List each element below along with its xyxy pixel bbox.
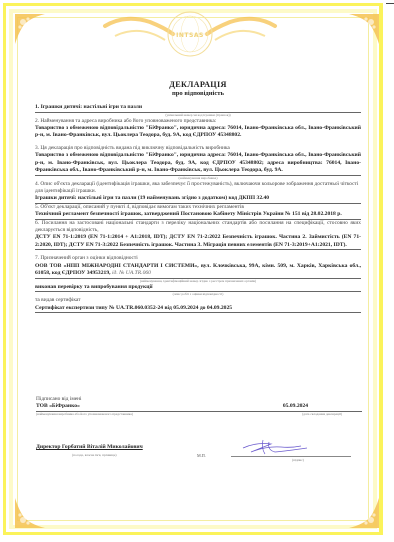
page-title: ДЕКЛАРАЦІЯ [35, 80, 361, 89]
certificate-label: та видав сертифікат [35, 297, 361, 304]
standards-label: 6. Посилання на застосовані національні … [35, 220, 361, 234]
manufacturer-label: 2. Найменування та адреса виробника або … [35, 118, 361, 125]
section-6: 6. Посилання на застосовані національні … [35, 220, 361, 251]
handwritten-signature-icon [241, 438, 311, 458]
work-performed: виконав перевірку та випробування продук… [35, 284, 361, 293]
section-2: 2. Найменування та адреса виробника або … [35, 118, 361, 140]
notified-body-label: 7. Призначений орган з оцінки відповідно… [35, 255, 361, 262]
scan-mark [386, 3, 394, 4]
signature-line [231, 440, 351, 457]
declaration-date: 05.09.2024 [283, 403, 308, 411]
logo-text: INTSAS [95, 32, 285, 39]
standards-value: ДСТУ EN 71-1:2019 (EN 71-1:2014 + A1:201… [35, 234, 361, 250]
director-caption: (посада, власне ім'я, прізвище) [72, 453, 117, 457]
section-1: 1. Іграшки дитячі: настільні ігри та паз… [35, 104, 361, 118]
date-caption: (дата складання декларації) [302, 412, 342, 417]
notified-body-id: ід. № UA.TR.060 [112, 270, 151, 276]
object-value: Іграшки дитячі: настільні ігри та пазли … [35, 195, 361, 204]
stamp-placeholder: М.П. [197, 453, 206, 458]
regulation-value: Технічний регламент безпечності іграшок,… [35, 211, 361, 220]
ornament-corner-icon [349, 498, 379, 528]
certificate-value: Сертифікат експертизи типу № UA.TR.060.0… [35, 305, 361, 314]
intsas-crest-logo: INTSAS [95, 10, 285, 62]
signature-block: Підписано від імені ТОВ «БіФранко» 05.09… [36, 396, 362, 417]
ornament-corner-icon [349, 14, 379, 44]
signing-company: ТОВ «БіФранко» [36, 403, 80, 411]
product-name: 1. Іграшки дитячі: настільні ігри та паз… [35, 104, 361, 113]
manufacturer-value: Товариство з обмеженою відповідальністю … [35, 125, 361, 140]
page-subtitle: про відповідність [35, 90, 361, 97]
section-7: 7. Призначений орган з оцінки відповідно… [35, 255, 361, 313]
company-caption: (найменування виробника або його уповнов… [36, 412, 133, 417]
signed-on-behalf-label: Підписано від імені [36, 396, 362, 403]
director-row: Директор Горбатий Віталій Миколайович (п… [36, 440, 356, 464]
ornament-corner-icon [15, 14, 45, 44]
ornament-corner-icon [15, 498, 45, 528]
section-5: 5. Об'єкт декларації, описаний у пункті … [35, 204, 361, 220]
section-3: 3. Ця декларація про відповідність видан… [35, 145, 361, 181]
director-name: Директор Горбатий Віталій Миколайович [36, 444, 143, 450]
signature-caption: (підпис) [292, 458, 304, 462]
declaration-body: ДЕКЛАРАЦІЯ про відповідність 1. Іграшки … [35, 80, 361, 313]
section-4: 4. Опис об'єкта декларації (ідентифікаці… [35, 181, 361, 204]
notified-body-value: ООВ ТОВ «НПП МІЖНАРОДНІ СТАНДАРТИ І СИСТ… [35, 263, 361, 279]
notified-body-text: ООВ ТОВ «НПП МІЖНАРОДНІ СТАНДАРТИ І СИСТ… [35, 263, 361, 277]
object-label: 4. Опис об'єкта декларації (ідентифікаці… [35, 181, 361, 195]
responsibility-value: Товариство з обмеженою відповідальністю … [35, 152, 361, 176]
